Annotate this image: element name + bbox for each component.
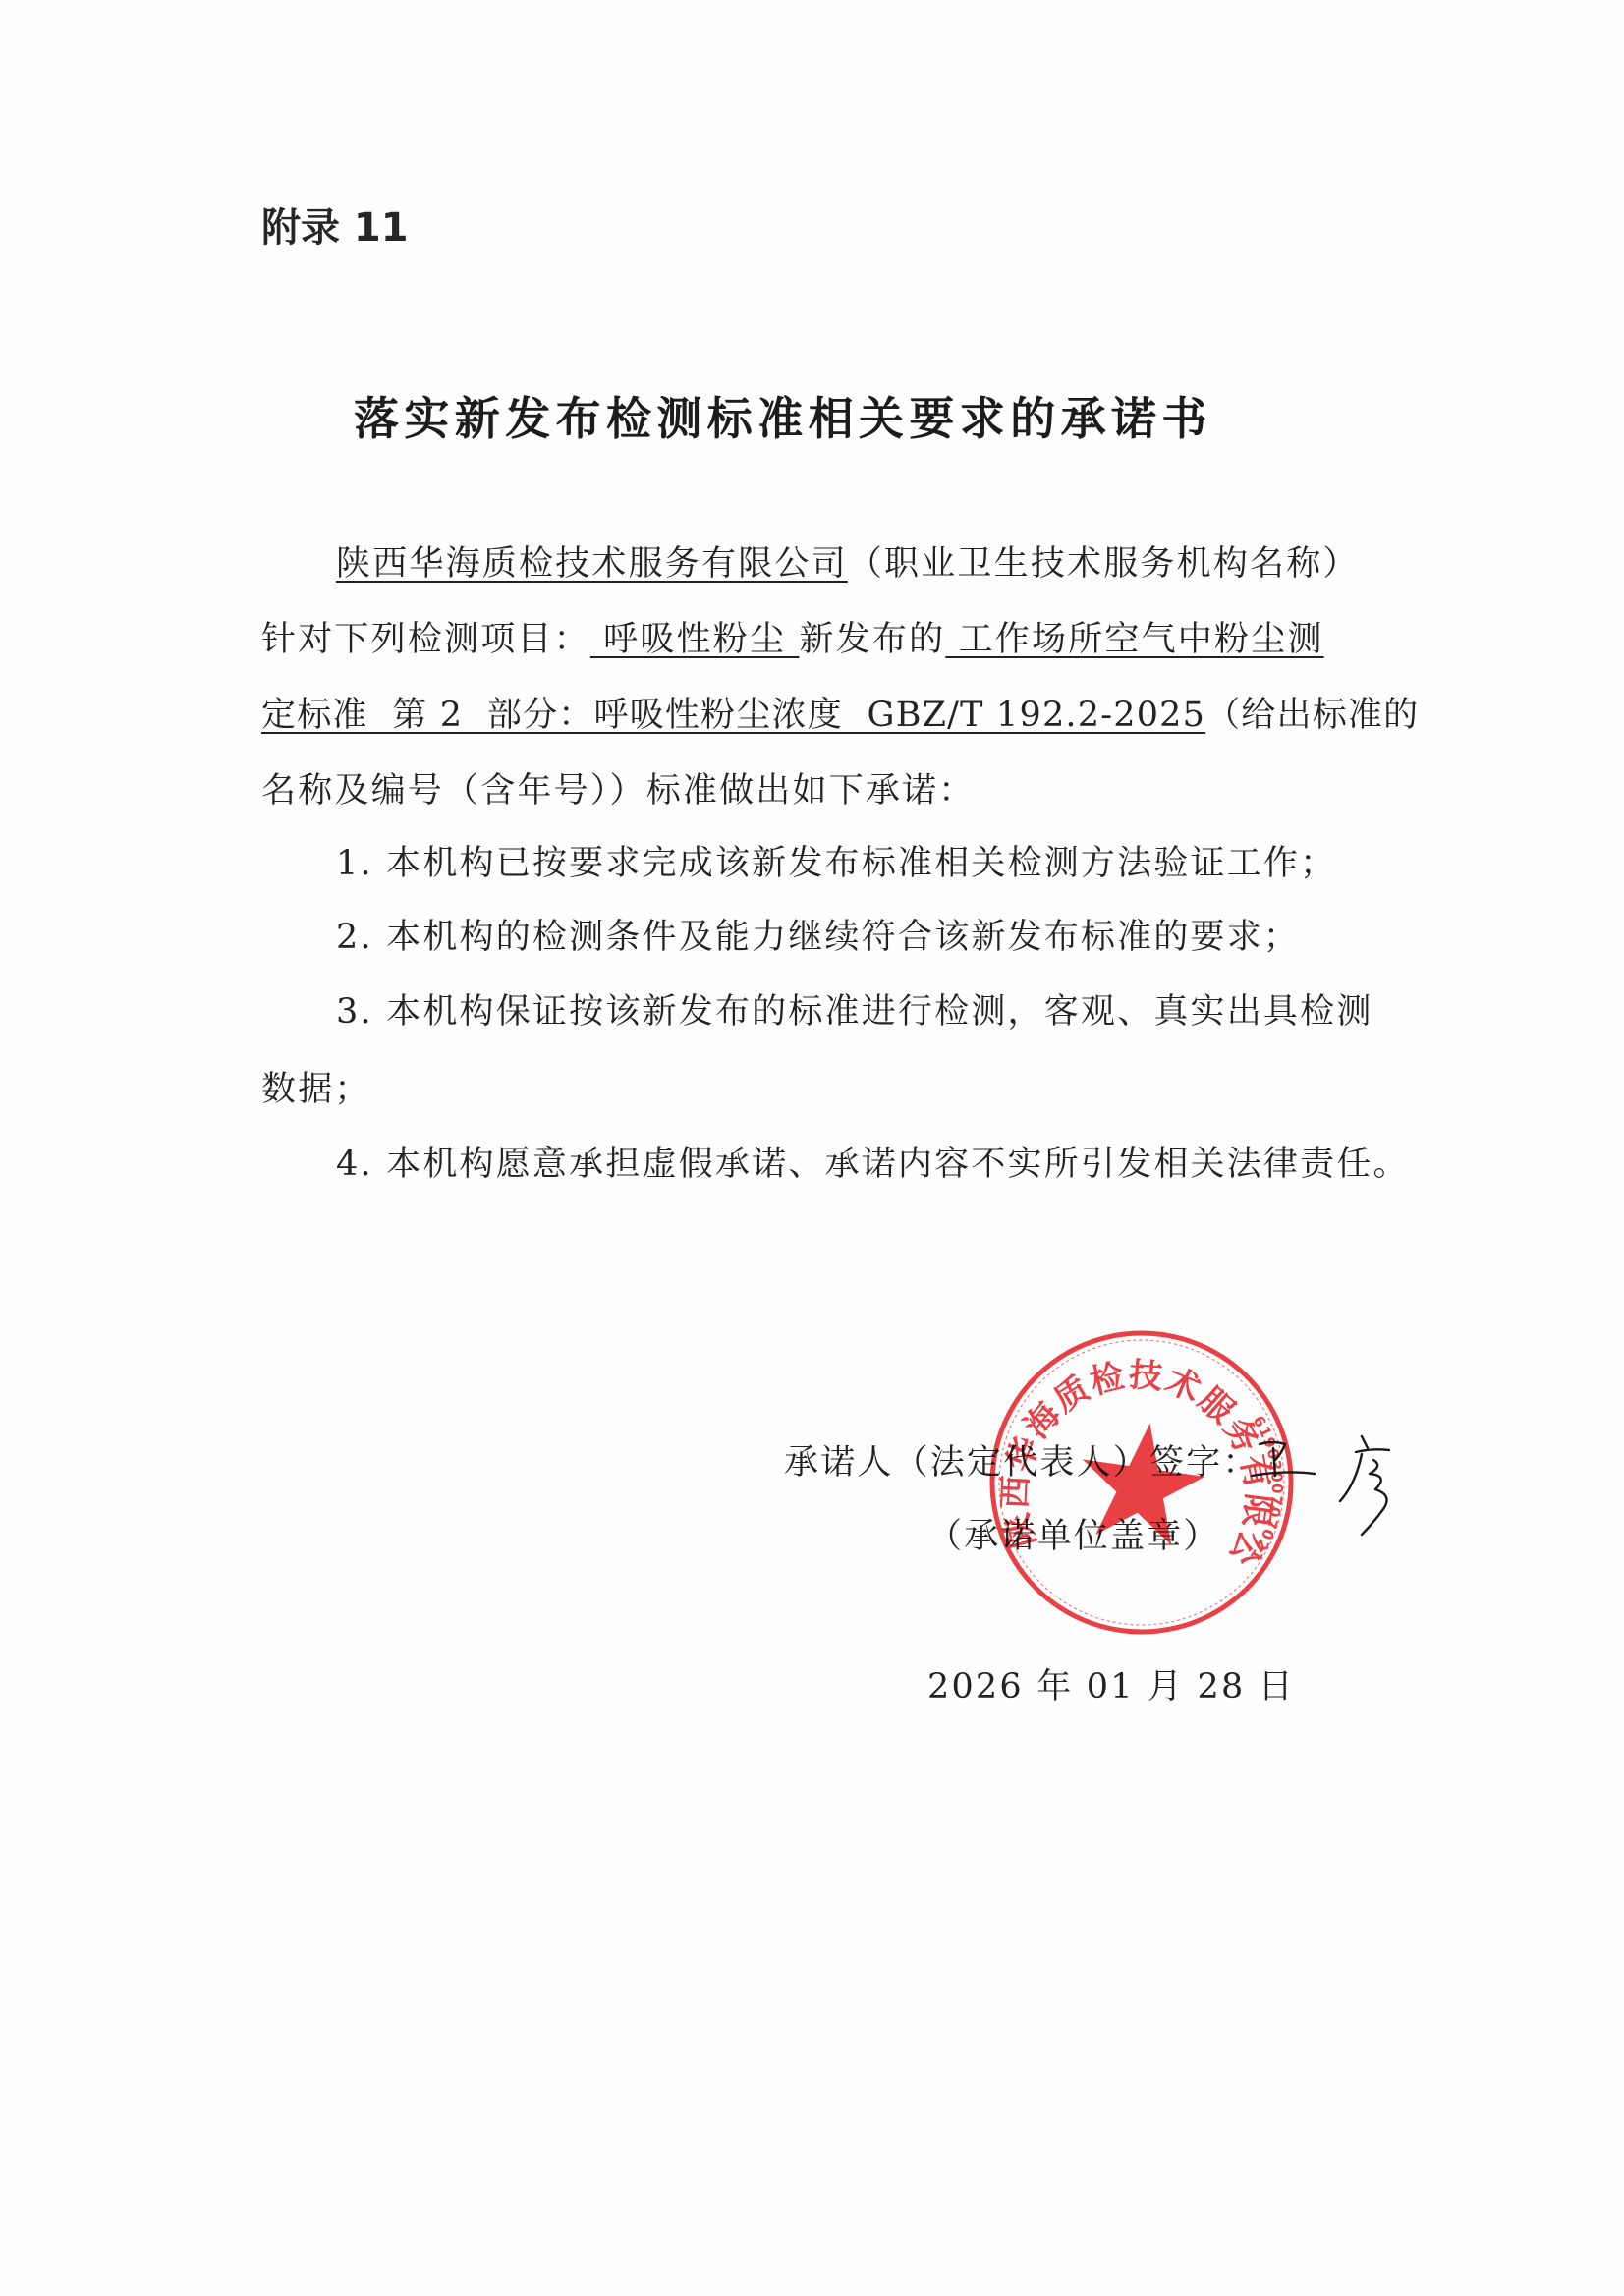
commitment-item-2: 2. 本机构的检测条件及能力继续符合该新发布标准的要求； [336, 915, 1300, 960]
standard-name-field-part2: 定标准 第 2 部分：呼吸性粉尘浓度 GBZ/T 192.2-2025 [261, 696, 1205, 735]
org-name-field: 陕西华海质检技术服务有限公司 [336, 544, 848, 584]
test-item-prefix: 针对下列检测项目： [261, 620, 590, 659]
handwritten-signature [1246, 1415, 1413, 1542]
commitment-item-4: 4. 本机构愿意承担虚假承诺、承诺内容不实所引发相关法律责任。 [336, 1142, 1410, 1187]
document-page: 附录 11 落实新发布检测标准相关要求的承诺书 陕西华海质检技术服务有限公司（职… [0, 0, 1624, 2296]
paragraph-line-2: 针对下列检测项目： 呼吸性粉尘 新发布的 工作场所空气中粉尘测 [261, 617, 1324, 662]
test-item-field: 呼吸性粉尘 [590, 620, 800, 659]
standard-name-field-part1: 工作场所空气中粉尘测 [945, 620, 1323, 659]
commitment-date: 2026 年 01 月 28 日 [927, 1664, 1295, 1709]
newly-released-text: 新发布的 [799, 620, 945, 659]
paragraph-line-1: 陕西华海质检技术服务有限公司（职业卫生技术服务机构名称） [336, 541, 1360, 587]
org-name-hint: （职业卫生技术服务机构名称） [848, 544, 1360, 584]
paragraph-line-4: 名称及编号（含年号））标准做出如下承诺： [261, 768, 976, 813]
commitment-item-3-continued: 数据； [261, 1067, 371, 1112]
document-title: 落实新发布检测标准相关要求的承诺书 [354, 389, 1212, 448]
commitment-item-3: 3. 本机构保证按该新发布的标准进行检测，客观、真实出具检测 [336, 989, 1373, 1035]
commitment-item-1: 1. 本机构已按要求完成该新发布标准相关检测方法验证工作； [336, 841, 1336, 886]
seal-star-icon [1072, 1415, 1210, 1548]
paragraph-line-3: 定标准 第 2 部分：呼吸性粉尘浓度 GBZ/T 192.2-2025（给出标准… [261, 693, 1419, 738]
standard-hint-start: （给出标准的 [1205, 696, 1419, 735]
appendix-label: 附录 11 [261, 202, 409, 253]
